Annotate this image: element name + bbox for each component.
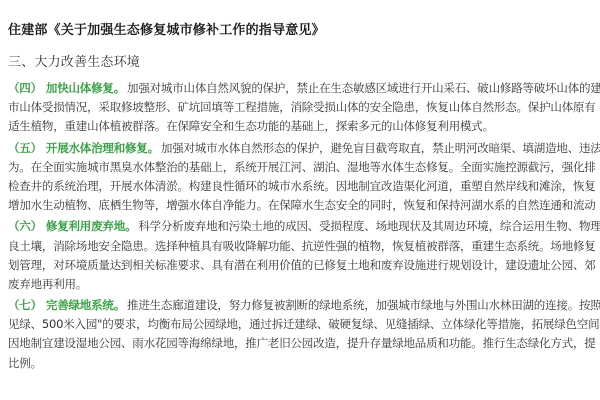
paragraph-line: 检查井的系统治理，开展水体清淤。构建良性循环的城市水系统。因地制宜改造渠化河道，…	[8, 177, 600, 196]
paragraph-4: （四）加快山体修复。加强对城市山体自然风貌的保护，禁止在生态敏感区域进行开山采石…	[8, 79, 600, 137]
paragraph-heading-text: 修复利用废弃地。	[46, 219, 136, 233]
paragraph-heading: （四）加快山体修复。	[8, 81, 125, 95]
paragraph-5: （五）开展水体治理和修复。加强对城市水体自然形态的保护，避免盲目截弯取直，禁止明…	[8, 139, 600, 216]
section-heading: 三、大力改善生态环境	[8, 55, 600, 71]
paragraph-line: 市山体受损情况，采取修坡整形、矿坑回填等工程措施，消除受损山体的安全隐患，恢复山…	[8, 98, 600, 117]
paragraph-list: （四）加快山体修复。加强对城市山体自然风貌的保护，禁止在生态敏感区域进行开山采石…	[8, 79, 600, 373]
paragraph-heading-text: 开展水体治理和修复。	[46, 141, 159, 155]
paragraph-text: 加强对城市水体自然形态的保护，避免盲目截弯取直，禁止明河改暗渠、填湖造地、违法	[161, 141, 600, 155]
paragraph-line: 因地制宜建设湿地公园、雨水花园等海绵绿地，推广老旧公园改造，提升存量绿地品质和功…	[8, 334, 600, 353]
document-page: 住建部《关于加强生态修复城市修补工作的指导意见》 三、大力改善生态环境 （四）加…	[0, 0, 600, 373]
paragraph-line: （七）完善绿地系统。推进生态廊道建设，努力修复被割断的绿地系统，加强城市绿地与外…	[8, 296, 600, 315]
paragraph-line: （六）修复利用废弃地。科学分析废弃地和污染土地的成因、受损程度、场地现状及其周边…	[8, 217, 600, 236]
paragraph-number: （五）	[8, 141, 42, 155]
page-title: 住建部《关于加强生态修复城市修补工作的指导意见》	[8, 21, 600, 41]
paragraph-text: 推进生态廊道建设，努力修复被割断的绿地系统，加强城市绿地与外围山水林田湖的连接。…	[127, 298, 600, 312]
paragraph-line: （四）加快山体修复。加强对城市山体自然风貌的保护，禁止在生态敏感区域进行开山采石…	[8, 79, 600, 98]
paragraph-text: 加强对城市山体自然风貌的保护，禁止在生态敏感区域进行开山采石、破山修路等破坏山体…	[127, 81, 600, 95]
paragraph-number: （六）	[8, 219, 42, 233]
paragraph-line: 见绿、500米入园"的要求，均衡布局公园绿地，通过拆迁建绿、破硬复绿、见缝插绿、…	[8, 315, 600, 334]
paragraph-heading: （六）修复利用废弃地。	[8, 219, 136, 233]
paragraph-heading: （七）完善绿地系统。	[8, 298, 125, 312]
paragraph-number: （七）	[8, 298, 42, 312]
paragraph-heading: （五）开展水体治理和修复。	[8, 141, 159, 155]
paragraph-line: 废弃地再利用。	[8, 275, 600, 294]
paragraph-line: 增加水生动植物、底栖生物等，增强水体自净能力。在保障水生态安全的同时，恢复和保持…	[8, 196, 600, 215]
paragraph-number: （四）	[8, 81, 42, 95]
paragraph-heading-text: 完善绿地系统。	[46, 298, 125, 312]
paragraph-heading-text: 加快山体修复。	[46, 81, 125, 95]
paragraph-line: 划管理，对环境质量达到相关标准要求、具有潜在利用价值的已修复土地和废弃设施进行规…	[8, 256, 600, 275]
paragraph-7: （七）完善绿地系统。推进生态廊道建设，努力修复被割断的绿地系统，加强城市绿地与外…	[8, 296, 600, 373]
paragraph-line: 为。在全面实施城市黑臭水体整治的基础上，系统开展江河、湖泊、湿地等水体生态修复。…	[8, 158, 600, 177]
paragraph-line: 良土壤，消除场地安全隐患。选择种植具有吸收降解功能、抗逆性强的植物，恢复植被群落…	[8, 237, 600, 256]
paragraph-line: 适生植物，重建山体植被群落。在保障安全和生态功能的基础上，探索多元的山体修复利用…	[8, 117, 600, 136]
paragraph-text: 科学分析废弃地和污染土地的成因、受损程度、场地现状及其周边环境，综合运用生物、物…	[138, 219, 600, 233]
paragraph-6: （六）修复利用废弃地。科学分析废弃地和污染土地的成因、受损程度、场地现状及其周边…	[8, 217, 600, 294]
paragraph-line: 比例。	[8, 354, 600, 373]
paragraph-line: （五）开展水体治理和修复。加强对城市水体自然形态的保护，避免盲目截弯取直，禁止明…	[8, 139, 600, 158]
